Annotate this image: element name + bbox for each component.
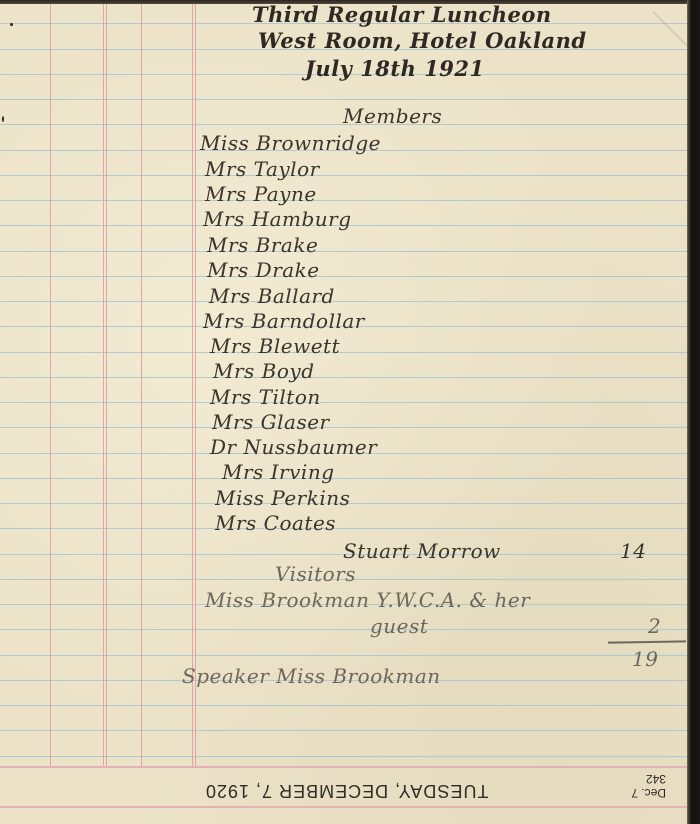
members-count: 14	[620, 539, 646, 563]
header-venue: West Room, Hotel Oakland	[258, 28, 587, 53]
header-date: July 18th 1921	[305, 56, 485, 81]
member-entry: Dr Nussbaumer	[210, 435, 377, 459]
members-heading: Members	[343, 104, 442, 128]
page-corner-fold	[653, 4, 687, 52]
printed-footer: TUESDAY, DECEMBER 7, 1920 Dec. 7 342	[0, 770, 687, 812]
printed-page-number: 342	[626, 772, 666, 786]
visitor-entry: Miss Brookman Y.W.C.A. & her	[205, 588, 530, 612]
member-entry: Mrs Boyd	[213, 359, 315, 383]
red-column-line	[195, 4, 196, 766]
member-entry: Mrs Barndollar	[203, 309, 365, 333]
member-entry: Mrs Payne	[205, 182, 317, 206]
red-column-line	[50, 4, 51, 766]
ink-speck	[2, 116, 4, 122]
member-entry: Mrs Coates	[215, 511, 336, 535]
member-entry: Mrs Blewett	[210, 334, 340, 358]
header-title: Third Regular Luncheon	[252, 4, 552, 27]
visitors-count: 2	[648, 614, 661, 638]
member-entry: Mrs Hamburg	[203, 207, 352, 231]
printed-date: TUESDAY, DECEMBER 7, 1920	[205, 780, 488, 801]
member-entry: Mrs Taylor	[205, 157, 320, 181]
red-column-line	[106, 4, 107, 766]
ink-speck	[10, 23, 13, 26]
member-entry: Mrs Drake	[207, 258, 320, 282]
member-entry: Mrs Irving	[222, 460, 335, 484]
red-column-line	[141, 4, 142, 766]
printed-short-date: Dec. 7	[626, 786, 666, 800]
member-entry: Mrs Brake	[207, 233, 318, 257]
member-entry: Mrs Glaser	[212, 410, 330, 434]
visitors-heading: Visitors	[275, 562, 356, 586]
printed-page-info: Dec. 7 342	[626, 772, 666, 800]
sum-underline	[608, 640, 686, 643]
attendance-total: 19	[632, 647, 658, 671]
member-entry: Stuart Morrow	[343, 539, 501, 563]
red-column-line	[103, 4, 104, 766]
member-entry: Mrs Ballard	[209, 284, 335, 308]
speaker-line: Speaker Miss Brookman	[182, 664, 441, 688]
red-footer-rule	[0, 766, 687, 768]
member-entry: Mrs Tilton	[210, 385, 321, 409]
member-entry: Miss Brownridge	[200, 131, 381, 155]
book-binding-edge	[687, 0, 700, 824]
visitor-entry-guest: guest	[370, 614, 428, 638]
member-entry: Miss Perkins	[215, 486, 350, 510]
red-column-line	[192, 4, 193, 766]
ledger-page: Third Regular Luncheon West Room, Hotel …	[0, 4, 687, 824]
